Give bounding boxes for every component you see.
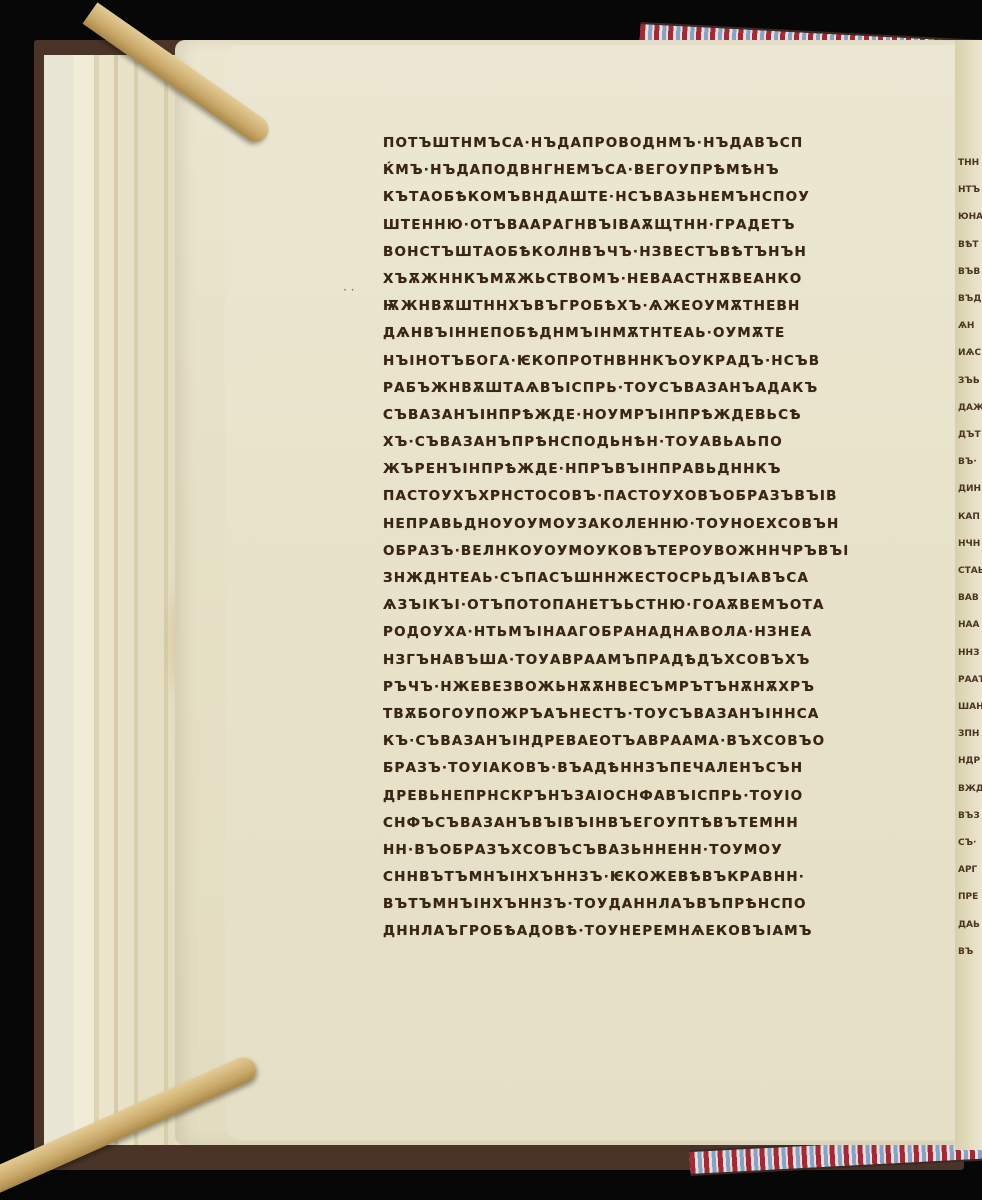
facing-page-line: ДАЖ xyxy=(958,395,982,422)
manuscript-line: ДРЕВЬНЕПРНСКРЪНЪЗАІОСНФАВЪІСПРЬ·ТОУІО xyxy=(383,783,943,810)
manuscript-line: ѦЗЪІКЪІ·ОТЪПОТОПАНЕТЪЬСТНЮ·ГОАѪВЕМЪОТА xyxy=(383,592,943,619)
manuscript-line: НЪІНОТЪБОГА·ѤКОПРОТНВННКЪОУКРАДЪ·НСЪВ xyxy=(383,348,943,375)
facing-page-line: ВѢТ xyxy=(958,232,982,259)
manuscript-line: ВОНСТЪШТАОБѢКОЛНВЪЧЪ·НЗВЕСТЪВѢТЪНЪН xyxy=(383,239,943,266)
facing-page-line: ПРЕ xyxy=(958,884,982,911)
facing-page-line: ВЪД xyxy=(958,286,982,313)
facing-page-line: ШАН xyxy=(958,694,982,721)
manuscript-line: ДѦНВЪІННЕПОБѢДНМЪІНМѪТНТЕАЬ·ОУМѪТЕ xyxy=(383,320,943,347)
manuscript-line: НЕПРАВЬДНОУОУМОУЗАКОЛЕННЮ·ТОУНОЕХСОВЪН xyxy=(383,511,943,538)
manuscript-line: СНФЪСЪВАЗАНЪВЪІВЪІНВЪЕГОУПТѢВЪТЕМНН xyxy=(383,810,943,837)
facing-page-line: ТНН xyxy=(958,150,982,177)
facing-page-line: НТЪ xyxy=(958,177,982,204)
facing-page-line: ВАВ xyxy=(958,585,982,612)
manuscript-line: ѬЖНВѪШТННХЪВЪГРОБѢХЪ·ѦЖЕОУМѪТНЕВН xyxy=(383,293,943,320)
manuscript-line: РАБЪЖНВѪШТАѦВЪІСПРЬ·ТОУСЪВАЗАНЪАДАКЪ xyxy=(383,375,943,402)
manuscript-line: НЗГЪНАВЪША·ТОУАВРААМЪПРАДѢДЪХСОВЪХЪ xyxy=(383,647,943,674)
manuscript-line: ХЪ·СЪВАЗАНЪПРѢНСПОДЬНѢН·ТОУАВЬАЬПО xyxy=(383,429,943,456)
manuscript-line: СННВЪТЪМНЪІНХЪННЗЪ·ѤКОЖЕВѢВЪКРАВНН· xyxy=(383,864,943,891)
facing-page-line: КАП xyxy=(958,504,982,531)
facing-page-line: СТАЬ xyxy=(958,558,982,585)
manuscript-line: КЪТАОБѢКОМЪВНДАШТЕ·НСЪВАЗЬНЕМЪНСПОУ xyxy=(383,184,943,211)
manuscript-line: ОБРАЗЪ·ВЕЛНКОУОУМОУКОВЪТЕРОУВОЖННЧРЪВЪІ xyxy=(383,538,943,565)
facing-page-line: ВЪ· xyxy=(958,449,982,476)
manuscript-line: РЪЧЪ·НЖЕВЕЗВОЖЬНѪѪНВЕСЪМРЪТЪНѪНѪХРЪ xyxy=(383,674,943,701)
facing-page-line: АРГ xyxy=(958,857,982,884)
manuscript-line: ДННЛАЪГРОБѢАДОВѢ·ТОУНЕРЕМНѦЕКОВЪІАМЪ xyxy=(383,918,943,945)
facing-page-text: ТНННТЪЮНАВѢТВЪВВЪДѦНИѦСЗЪЬДАЖДЪТВЪ·ДИНКА… xyxy=(958,150,982,966)
margin-mark: · · xyxy=(343,283,354,297)
manuscript-line: ТВѪБОГОУПОЖРЪАЪНЕСТЪ·ТОУСЪВАЗАНЪІННСА xyxy=(383,701,943,728)
manuscript-line: БРАЗЪ·ТОУІАКОВЪ·ВЪАДѢННЗЪПЕЧАЛЕНЪСЪН xyxy=(383,755,943,782)
facing-page-line: ВЖД xyxy=(958,776,982,803)
manuscript-line: ХЪѪЖННКЪМѪЖЬСТВОМЪ·НЕВААСТНѪВЕАНКО xyxy=(383,266,943,293)
facing-page-line: ВЪЗ xyxy=(958,803,982,830)
facing-page-line: ВЪ xyxy=(958,939,982,966)
facing-page-line: НАА xyxy=(958,612,982,639)
facing-page-line: НДР xyxy=(958,748,982,775)
facing-page-line: ЮНА xyxy=(958,204,982,231)
manuscript-line: ЌМЪ·НЪДАПОДВНГНЕМЪСА·ВЕГОУПРѢМѢНЪ xyxy=(383,157,943,184)
facing-page-line: НЧН xyxy=(958,531,982,558)
manuscript-line: ВЪТЪМНЪІНХЪННЗЪ·ТОУДАННЛАЪВЪПРѢНСПО xyxy=(383,891,943,918)
facing-page-line: ННЗ xyxy=(958,640,982,667)
facing-page-line: ИѦС xyxy=(958,340,982,367)
manuscript-line: ПАСТОУХЪХРНСТОСОВЪ·ПАСТОУХОВЪОБРАЗЪВЪІВ xyxy=(383,483,943,510)
manuscript-line: ПОТЪШТНМЪСА·НЪДАПРОВОДНМЪ·НЪДАВЪСП xyxy=(383,130,943,157)
facing-page-line: ЗПН xyxy=(958,721,982,748)
manuscript-line: НН·ВЪОБРАЗЪХСОВЪСЪВАЗЬННЕНН·ТОУМОУ xyxy=(383,837,943,864)
facing-page-line: РААТ xyxy=(958,667,982,694)
manuscript-line: ЖЪРЕНЪІНПРѢЖДЕ·НПРЪВЪІНПРАВЬДННКЪ xyxy=(383,456,943,483)
facing-page-line: ЗЪЬ xyxy=(958,368,982,395)
facing-page-line: ВЪВ xyxy=(958,259,982,286)
facing-page-line: ДЪТ xyxy=(958,422,982,449)
manuscript-line: РОДОУХА·НТЬМЪІНААГОБРАНАДНѦВОЛА·НЗНЕА xyxy=(383,619,943,646)
manuscript-line: ШТЕННЮ·ОТЪВААРАГНВЪІВАѪЩТНН·ГРАДЕТЪ xyxy=(383,212,943,239)
manuscript-text-block: ПОТЪШТНМЪСА·НЪДАПРОВОДНМЪ·НЪДАВЪСПЌМЪ·НЪ… xyxy=(383,130,943,946)
manuscript-line: СЪВАЗАНЪІНПРѢЖДЕ·НОУМРЪІНПРѢЖДЕВЬСѢ xyxy=(383,402,943,429)
facing-page-line: ДАЬ xyxy=(958,912,982,939)
facing-page-line: ДИН xyxy=(958,476,982,503)
manuscript-line: ЗНЖДНТЕАЬ·СЪПАСЪШННЖЕСТОСРЬДЪІѦВЪСА xyxy=(383,565,943,592)
facing-page-line: СЪ· xyxy=(958,830,982,857)
facing-page-line: ѦН xyxy=(958,313,982,340)
manuscript-line: КЪ·СЪВАЗАНЪІНДРЕВАЕОТЪАВРААМА·ВЪХСОВЪО xyxy=(383,728,943,755)
